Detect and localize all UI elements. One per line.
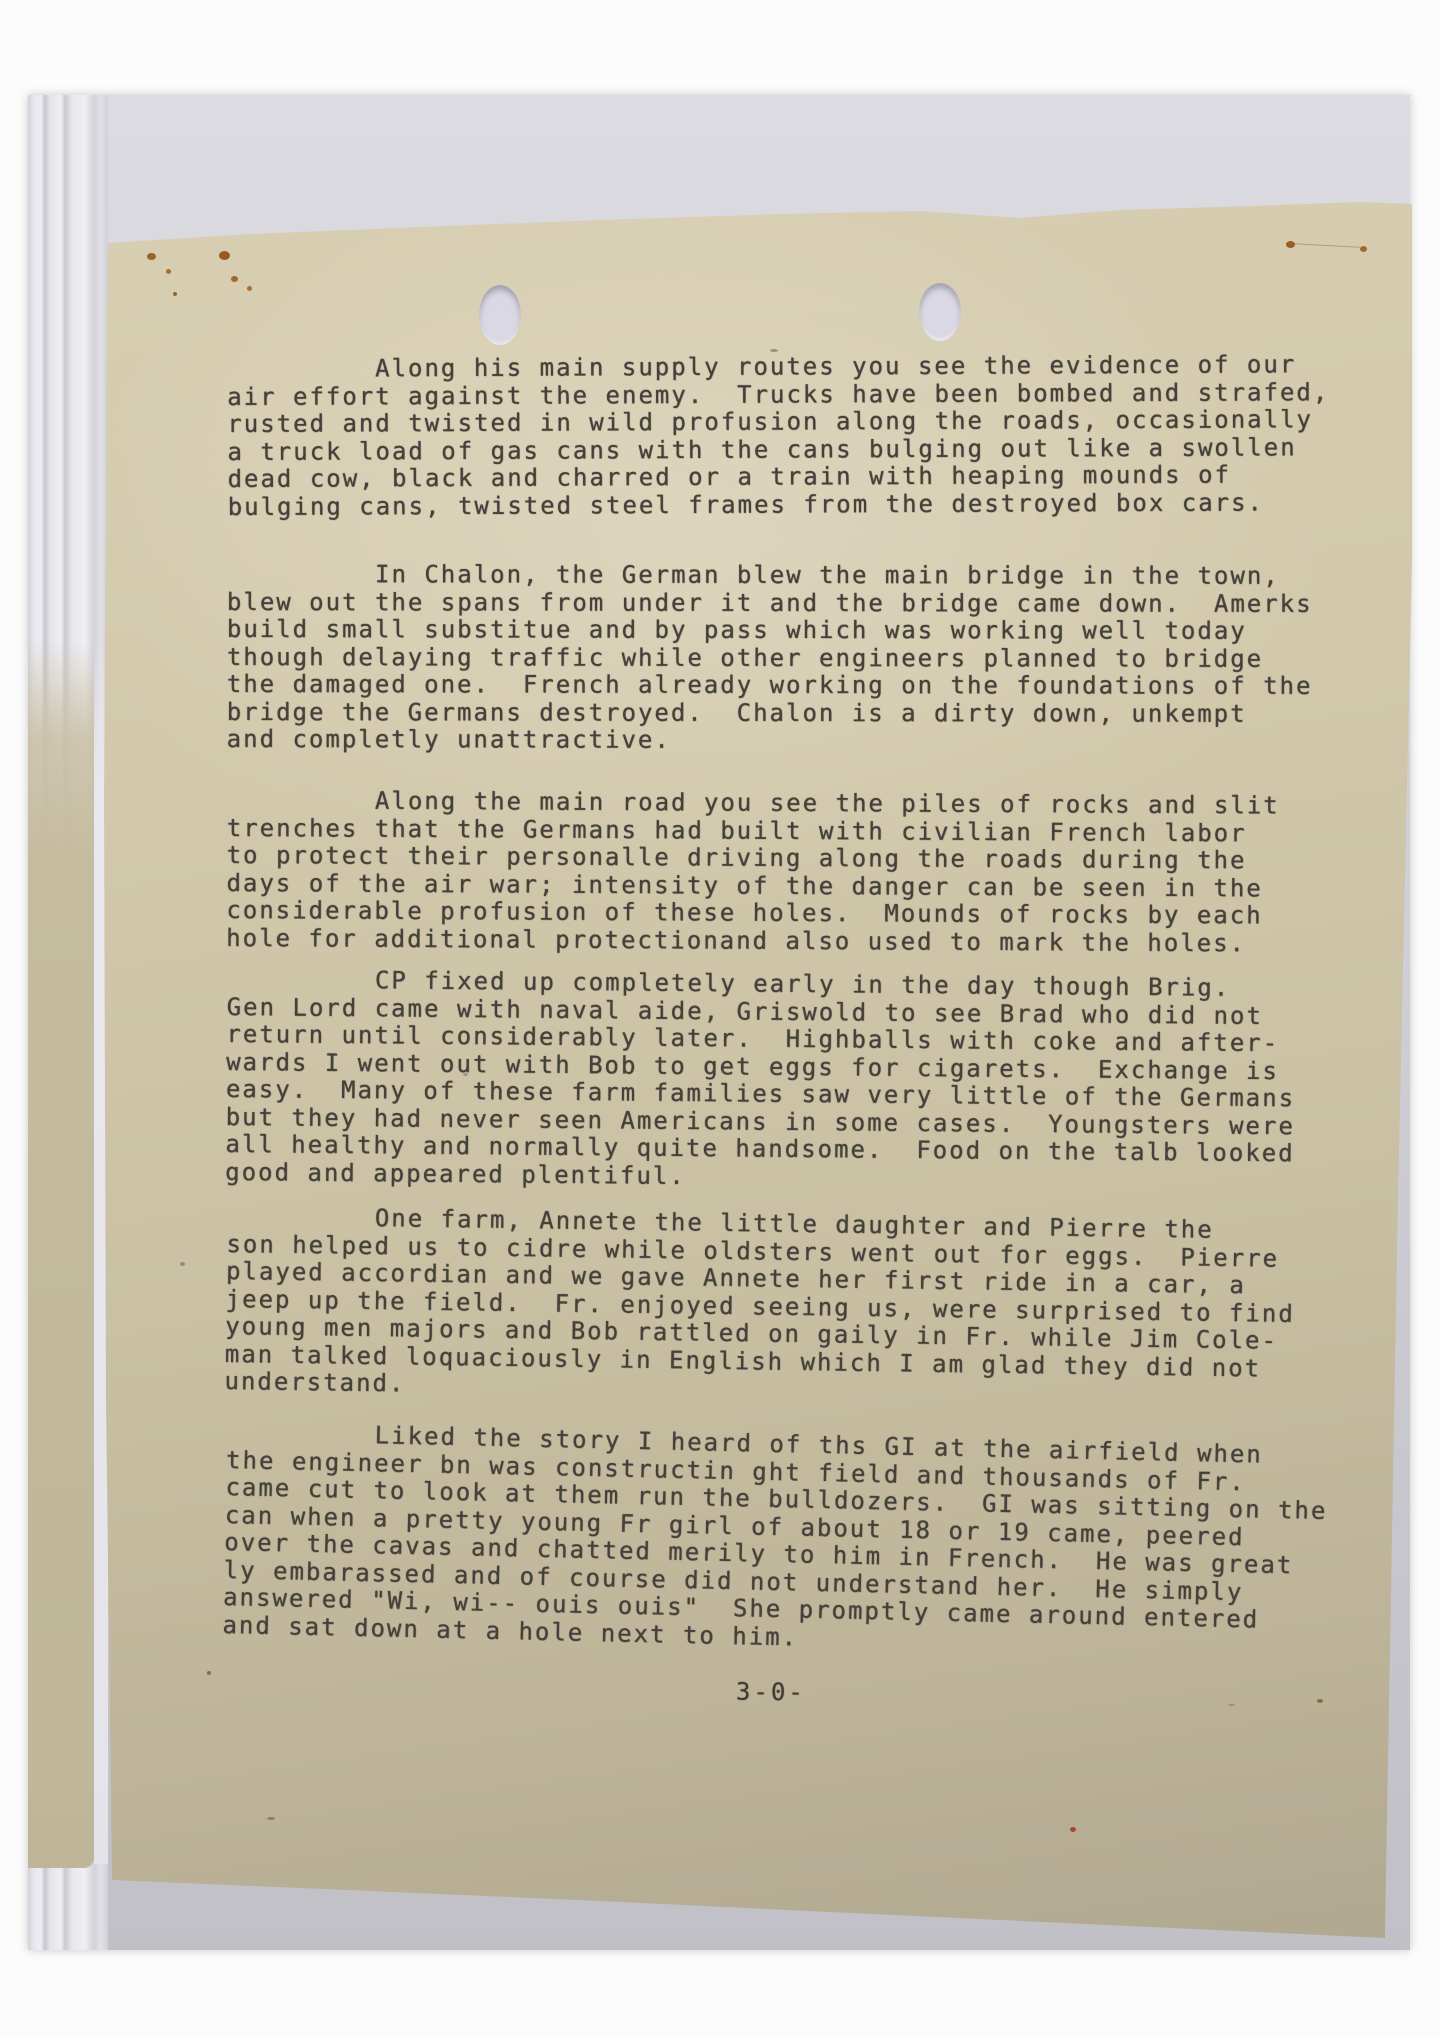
paper-speck bbox=[180, 1262, 185, 1266]
paper-speck bbox=[1070, 1827, 1076, 1832]
paper-speck bbox=[219, 251, 230, 260]
underlying-page-edge bbox=[28, 640, 94, 1868]
paper-speck bbox=[207, 1671, 211, 1675]
paper-speck bbox=[166, 269, 171, 274]
punch-hole-right bbox=[919, 283, 961, 341]
paper-speck bbox=[463, 1073, 468, 1076]
paper-speck bbox=[1286, 241, 1295, 248]
paper-speck bbox=[1360, 246, 1367, 252]
paper-speck bbox=[770, 349, 778, 352]
paper-speck bbox=[267, 1817, 275, 1820]
scanned-page: { "document": { "page_number": "3-0-", "… bbox=[0, 0, 1440, 2038]
paper-speck bbox=[173, 292, 177, 296]
paper-speck bbox=[1228, 1704, 1235, 1706]
paper-speck bbox=[231, 276, 238, 282]
photo-area bbox=[28, 95, 1410, 1950]
paper-speck bbox=[247, 286, 252, 291]
paper-speck bbox=[147, 253, 156, 260]
paper-speck bbox=[1317, 1699, 1323, 1703]
punch-hole-left bbox=[479, 285, 521, 345]
document-paper bbox=[100, 192, 1414, 1948]
